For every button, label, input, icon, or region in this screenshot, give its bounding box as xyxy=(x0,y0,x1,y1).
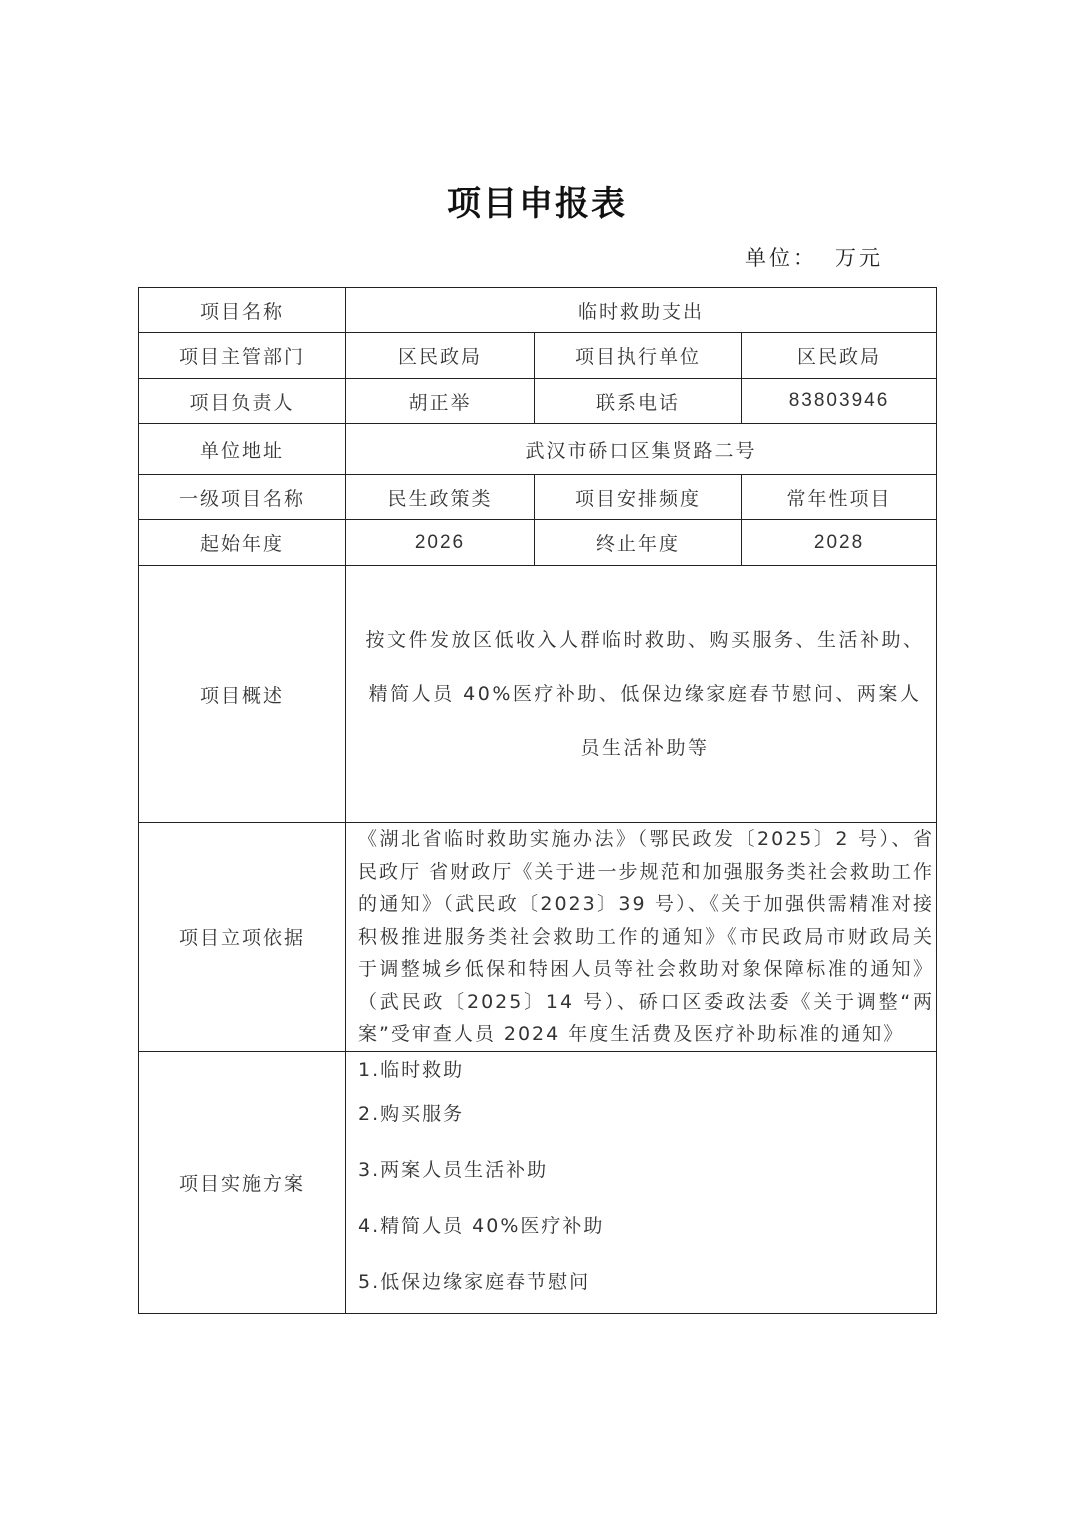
label-category: 一级项目名称 xyxy=(139,475,346,520)
cell-overview: 按文件发放区低收入人群临时救助、购买服务、生活补助、精简人员 40%医疗补助、低… xyxy=(346,566,937,823)
plan-item: 2.购买服务 xyxy=(358,1100,936,1128)
plan-item: 3.两案人员生活补助 xyxy=(358,1156,936,1184)
unit-label: 单位： xyxy=(745,246,817,270)
row-plan: 项目实施方案 1.临时救助 2.购买服务 3.两案人员生活补助 4.精简人员 4… xyxy=(139,1051,937,1313)
row-address: 单位地址 武汉市硚口区集贤路二号 xyxy=(139,424,937,475)
project-application-table: 项目名称 临时救助支出 项目主管部门 区民政局 项目执行单位 区民政局 项目负责… xyxy=(138,287,937,1314)
label-address: 单位地址 xyxy=(139,424,346,475)
document-title: 项目申报表 xyxy=(0,176,1074,225)
value-address: 武汉市硚口区集贤路二号 xyxy=(346,424,937,475)
label-project-name: 项目名称 xyxy=(139,288,346,333)
cell-plan: 1.临时救助 2.购买服务 3.两案人员生活补助 4.精简人员 40%医疗补助 … xyxy=(346,1051,937,1313)
row-department: 项目主管部门 区民政局 项目执行单位 区民政局 xyxy=(139,333,937,379)
value-overview: 按文件发放区低收入人群临时救助、购买服务、生活补助、精简人员 40%医疗补助、低… xyxy=(352,613,936,775)
plan-item: 1.临时救助 xyxy=(358,1056,936,1084)
row-overview: 项目概述 按文件发放区低收入人群临时救助、购买服务、生活补助、精简人员 40%医… xyxy=(139,566,937,823)
label-phone: 联系电话 xyxy=(535,379,742,424)
row-years: 起始年度 2026 终止年度 2028 xyxy=(139,520,937,566)
value-person-in-charge: 胡正举 xyxy=(346,379,535,424)
value-executing-unit: 区民政局 xyxy=(742,333,937,379)
unit-value: 万元 xyxy=(835,246,883,270)
plan-item: 5.低保边缘家庭春节慰问 xyxy=(358,1268,936,1296)
row-category: 一级项目名称 民生政策类 项目安排频度 常年性项目 xyxy=(139,475,937,520)
label-plan: 项目实施方案 xyxy=(139,1051,346,1313)
plan-item: 4.精简人员 40%医疗补助 xyxy=(358,1212,936,1240)
value-department: 区民政局 xyxy=(346,333,535,379)
value-frequency: 常年性项目 xyxy=(742,475,937,520)
label-department: 项目主管部门 xyxy=(139,333,346,379)
row-person: 项目负责人 胡正举 联系电话 83803946 xyxy=(139,379,937,424)
label-frequency: 项目安排频度 xyxy=(535,475,742,520)
label-start-year: 起始年度 xyxy=(139,520,346,566)
cell-basis: 《湖北省临时救助实施办法》（鄂民政发〔2025〕2 号）、省民政厅 省财政厅《关… xyxy=(346,823,937,1052)
value-end-year: 2028 xyxy=(742,520,937,566)
label-overview: 项目概述 xyxy=(139,566,346,823)
value-phone: 83803946 xyxy=(742,379,937,424)
unit-line: 单位：万元 xyxy=(745,242,883,272)
value-category: 民生政策类 xyxy=(346,475,535,520)
value-basis: 《湖北省临时救助实施办法》（鄂民政发〔2025〕2 号）、省民政厅 省财政厅《关… xyxy=(352,823,936,1051)
label-executing-unit: 项目执行单位 xyxy=(535,333,742,379)
plan-list: 1.临时救助 2.购买服务 3.两案人员生活补助 4.精简人员 40%医疗补助 … xyxy=(352,1056,936,1296)
value-project-name: 临时救助支出 xyxy=(346,288,937,333)
value-start-year: 2026 xyxy=(346,520,535,566)
label-person-in-charge: 项目负责人 xyxy=(139,379,346,424)
label-end-year: 终止年度 xyxy=(535,520,742,566)
row-project-name: 项目名称 临时救助支出 xyxy=(139,288,937,333)
row-basis: 项目立项依据 《湖北省临时救助实施办法》（鄂民政发〔2025〕2 号）、省民政厅… xyxy=(139,823,937,1052)
label-basis: 项目立项依据 xyxy=(139,823,346,1052)
